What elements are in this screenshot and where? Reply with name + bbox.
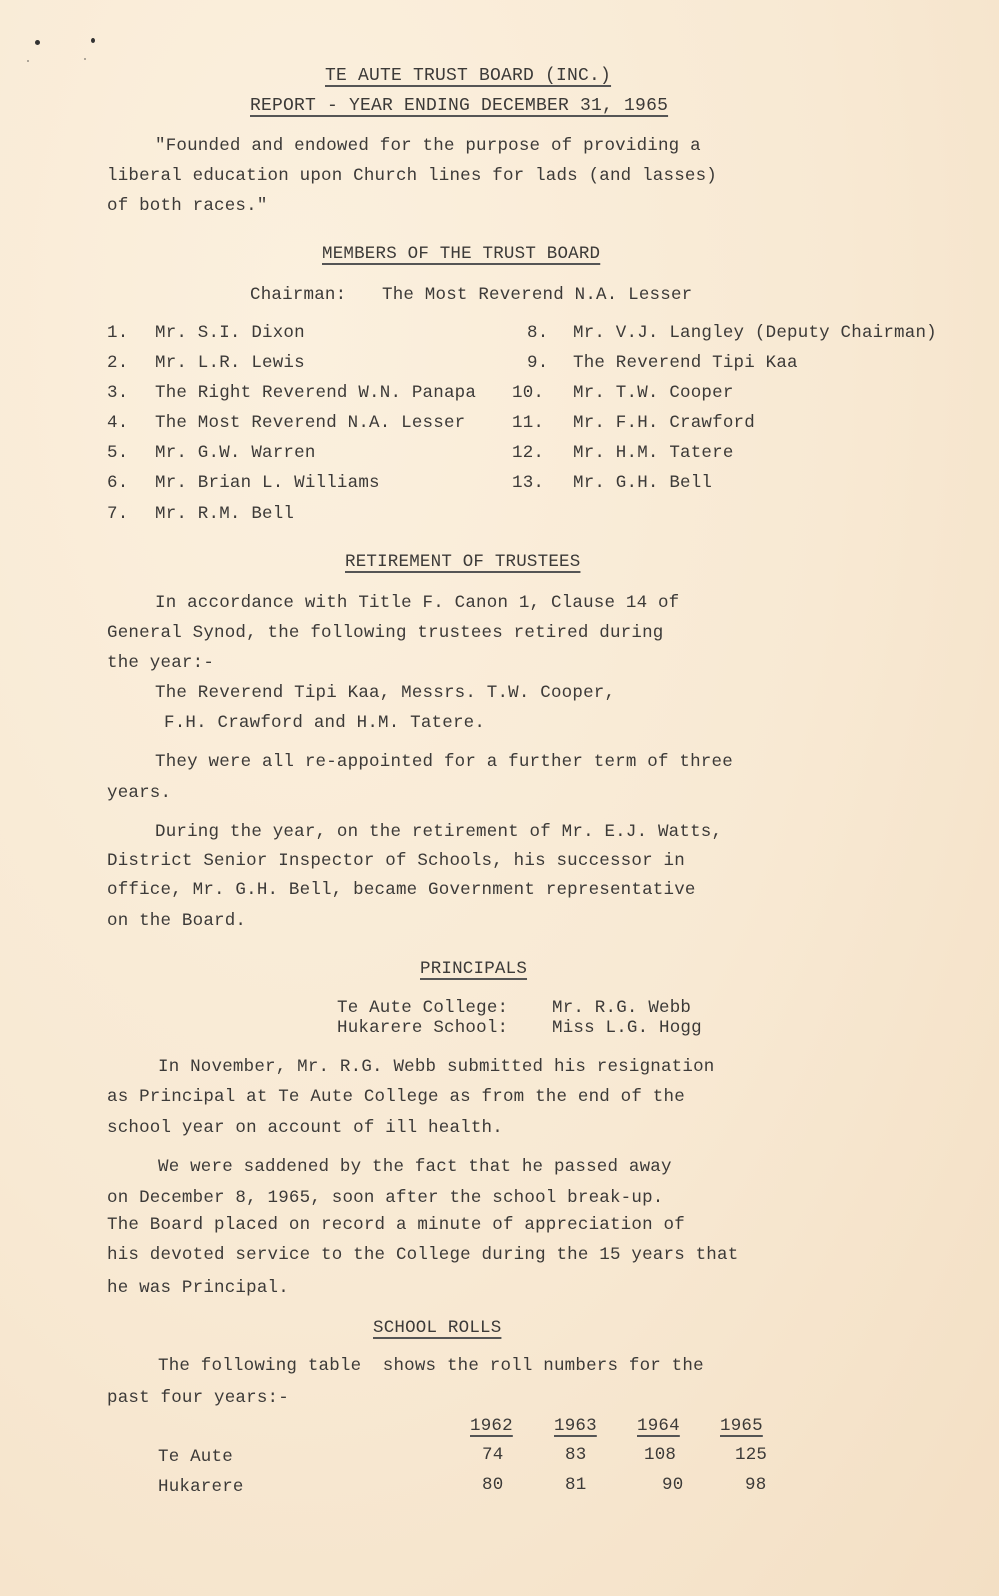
member-name: Mr. V.J. Langley (Deputy Chairman) (573, 323, 937, 343)
member-name: Mr. G.W. Warren (155, 443, 316, 463)
member-name: The Right Reverend W.N. Panapa (155, 383, 476, 403)
table-column-header: 1964 (637, 1416, 680, 1436)
member-number: 4. (107, 413, 128, 433)
paragraph-line: The Board placed on record a minute of a… (107, 1215, 685, 1235)
table-cell: 108 (644, 1445, 676, 1465)
member-name: Mr. R.M. Bell (155, 504, 294, 524)
member-number: 10. (512, 383, 544, 403)
retired-trustees-line: The Reverend Tipi Kaa, Messrs. T.W. Coop… (155, 683, 615, 703)
table-cell: 74 (482, 1445, 503, 1465)
member-name: Mr. L.R. Lewis (155, 353, 305, 373)
retired-trustees-line: F.H. Crawford and H.M. Tatere. (164, 713, 485, 733)
principal-name: Mr. R.G. Webb (552, 998, 691, 1018)
paragraph-line: years. (107, 783, 171, 803)
table-column-header: 1963 (554, 1416, 597, 1436)
paragraph-line: They were all re-appointed for a further… (155, 752, 733, 772)
paragraph-line: as Principal at Te Aute College as from … (107, 1087, 685, 1107)
member-number: 6. (107, 473, 128, 493)
principals-heading: PRINCIPALS (420, 959, 527, 979)
member-number: 9. (527, 353, 548, 373)
member-number: 7. (107, 504, 128, 524)
retirement-heading: RETIREMENT OF TRUSTEES (345, 552, 580, 572)
paragraph-line: on December 8, 1965, soon after the scho… (107, 1188, 664, 1208)
member-name: The Most Reverend N.A. Lesser (155, 413, 465, 433)
member-number: 8. (527, 323, 548, 343)
document-page: TE AUTE TRUST BOARD (INC.) REPORT - YEAR… (0, 0, 999, 1596)
ink-speck (84, 58, 86, 60)
table-cell: 98 (745, 1475, 766, 1495)
member-name: Mr. Brian L. Williams (155, 473, 380, 493)
paragraph-line: school year on account of ill health. (107, 1118, 503, 1138)
table-column-header: 1965 (720, 1416, 763, 1436)
paragraph-line: During the year, on the retirement of Mr… (155, 822, 722, 842)
paragraph-line: In November, Mr. R.G. Webb submitted his… (158, 1057, 715, 1077)
member-number: 2. (107, 353, 128, 373)
chairman-label: Chairman: (250, 285, 346, 305)
principal-school: Hukarere School: (337, 1018, 508, 1038)
table-cell: 125 (735, 1445, 767, 1465)
members-heading: MEMBERS OF THE TRUST BOARD (322, 244, 600, 264)
member-name: Mr. G.H. Bell (573, 473, 712, 493)
ink-speck (27, 60, 29, 62)
quote-line: of both races." (107, 196, 268, 216)
table-cell: 90 (662, 1475, 683, 1495)
paragraph-line: past four years:- (107, 1388, 289, 1408)
member-number: 5. (107, 443, 128, 463)
paragraph-line: the year:- (107, 653, 214, 673)
member-name: Mr. F.H. Crawford (573, 413, 755, 433)
paragraph-line: General Synod, the following trustees re… (107, 623, 664, 643)
paragraph-line: District Senior Inspector of Schools, hi… (107, 851, 685, 871)
quote-line: liberal education upon Church lines for … (107, 166, 717, 186)
table-column-header: 1962 (470, 1416, 513, 1436)
table-cell: 81 (565, 1475, 586, 1495)
paragraph-line: office, Mr. G.H. Bell, became Government… (107, 880, 696, 900)
chairman-name: The Most Reverend N.A. Lesser (382, 285, 692, 305)
paragraph-line: he was Principal. (107, 1278, 289, 1298)
document-subtitle: REPORT - YEAR ENDING DECEMBER 31, 1965 (250, 96, 668, 116)
table-cell: 83 (565, 1445, 586, 1465)
member-name: Mr. H.M. Tatere (573, 443, 734, 463)
row-label: Te Aute (158, 1447, 233, 1467)
school-rolls-heading: SCHOOL ROLLS (373, 1318, 501, 1338)
quote-line: "Founded and endowed for the purpose of … (155, 136, 701, 156)
paragraph-line: In accordance with Title F. Canon 1, Cla… (155, 593, 679, 613)
member-number: 12. (512, 443, 544, 463)
member-name: The Reverend Tipi Kaa (573, 353, 798, 373)
row-label: Hukarere (158, 1477, 244, 1497)
principal-name: Miss L.G. Hogg (552, 1018, 702, 1038)
member-number: 11. (512, 413, 544, 433)
table-cell: 80 (482, 1475, 503, 1495)
paragraph-line: We were saddened by the fact that he pas… (158, 1157, 672, 1177)
member-name: Mr. T.W. Cooper (573, 383, 734, 403)
paragraph-line: on the Board. (107, 911, 246, 931)
ink-speck (91, 38, 95, 43)
paragraph-line: The following table shows the roll numbe… (158, 1356, 704, 1376)
ink-speck (35, 40, 40, 45)
document-title: TE AUTE TRUST BOARD (INC.) (325, 66, 611, 86)
member-number: 13. (512, 473, 544, 493)
paragraph-line: his devoted service to the College durin… (107, 1245, 738, 1265)
principal-school: Te Aute College: (337, 998, 508, 1018)
member-number: 3. (107, 383, 128, 403)
member-name: Mr. S.I. Dixon (155, 323, 305, 343)
member-number: 1. (107, 323, 128, 343)
